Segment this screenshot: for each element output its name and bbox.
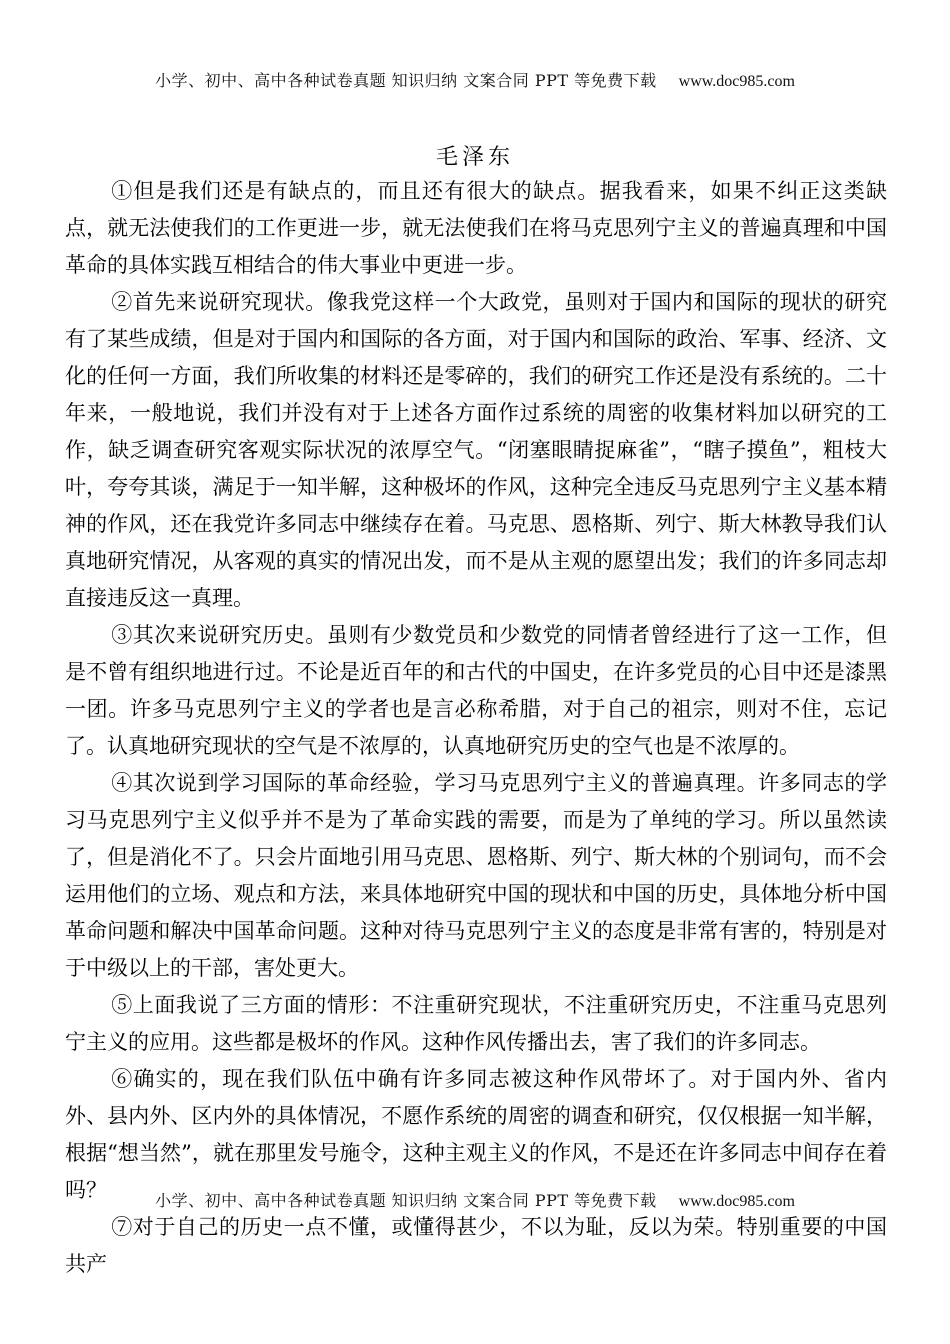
paragraph-1: ①但是我们还是有缺点的，而且还有很大的缺点。据我看来，如果不纠正这类缺点，就无法… [65, 173, 887, 284]
paragraph-4: ④其次说到学习国际的革命经验，学习马克思列宁主义的普遍真理。许多同志的学习马克思… [65, 765, 887, 987]
paragraph-3: ③其次来说研究历史。虽则有少数党员和少数党的同情者曾经进行了这一工作，但是不曾有… [65, 617, 887, 765]
document-body: ①但是我们还是有缺点的，而且还有很大的缺点。据我看来，如果不纠正这类缺点，就无法… [65, 173, 887, 1283]
paragraph-6: ⑥确实的，现在我们队伍中确有许多同志被这种作风带坏了。对于国内外、省内外、县内外… [65, 1061, 887, 1209]
header-watermark: 小学、初中、高中各种试卷真题 知识归纳 文案合同 PPT 等免费下载 www.d… [0, 68, 950, 91]
header-watermark-text: 小学、初中、高中各种试卷真题 知识归纳 文案合同 PPT 等免费下载 [155, 68, 657, 91]
paragraph-7: ⑦对于自己的历史一点不懂，或懂得甚少，不以为耻，反以为荣。特别重要的中国共产 [65, 1209, 887, 1283]
paragraph-2: ②首先来说研究现状。像我党这样一个大政党，虽则对于国内和国际的现状的研究有了某些… [65, 284, 887, 617]
header-watermark-url: www.doc985.com [679, 73, 795, 91]
paragraph-5: ⑤上面我说了三方面的情形：不注重研究现状，不注重研究历史，不注重马克思列宁主义的… [65, 987, 887, 1061]
footer-watermark-url: www.doc985.com [679, 1193, 795, 1211]
document-title: 毛泽东 [0, 140, 950, 171]
footer-watermark: 小学、初中、高中各种试卷真题 知识归纳 文案合同 PPT 等免费下载 www.d… [0, 1188, 950, 1211]
document-page: 小学、初中、高中各种试卷真题 知识归纳 文案合同 PPT 等免费下载 www.d… [0, 0, 950, 1344]
footer-watermark-text: 小学、初中、高中各种试卷真题 知识归纳 文案合同 PPT 等免费下载 [155, 1188, 657, 1211]
